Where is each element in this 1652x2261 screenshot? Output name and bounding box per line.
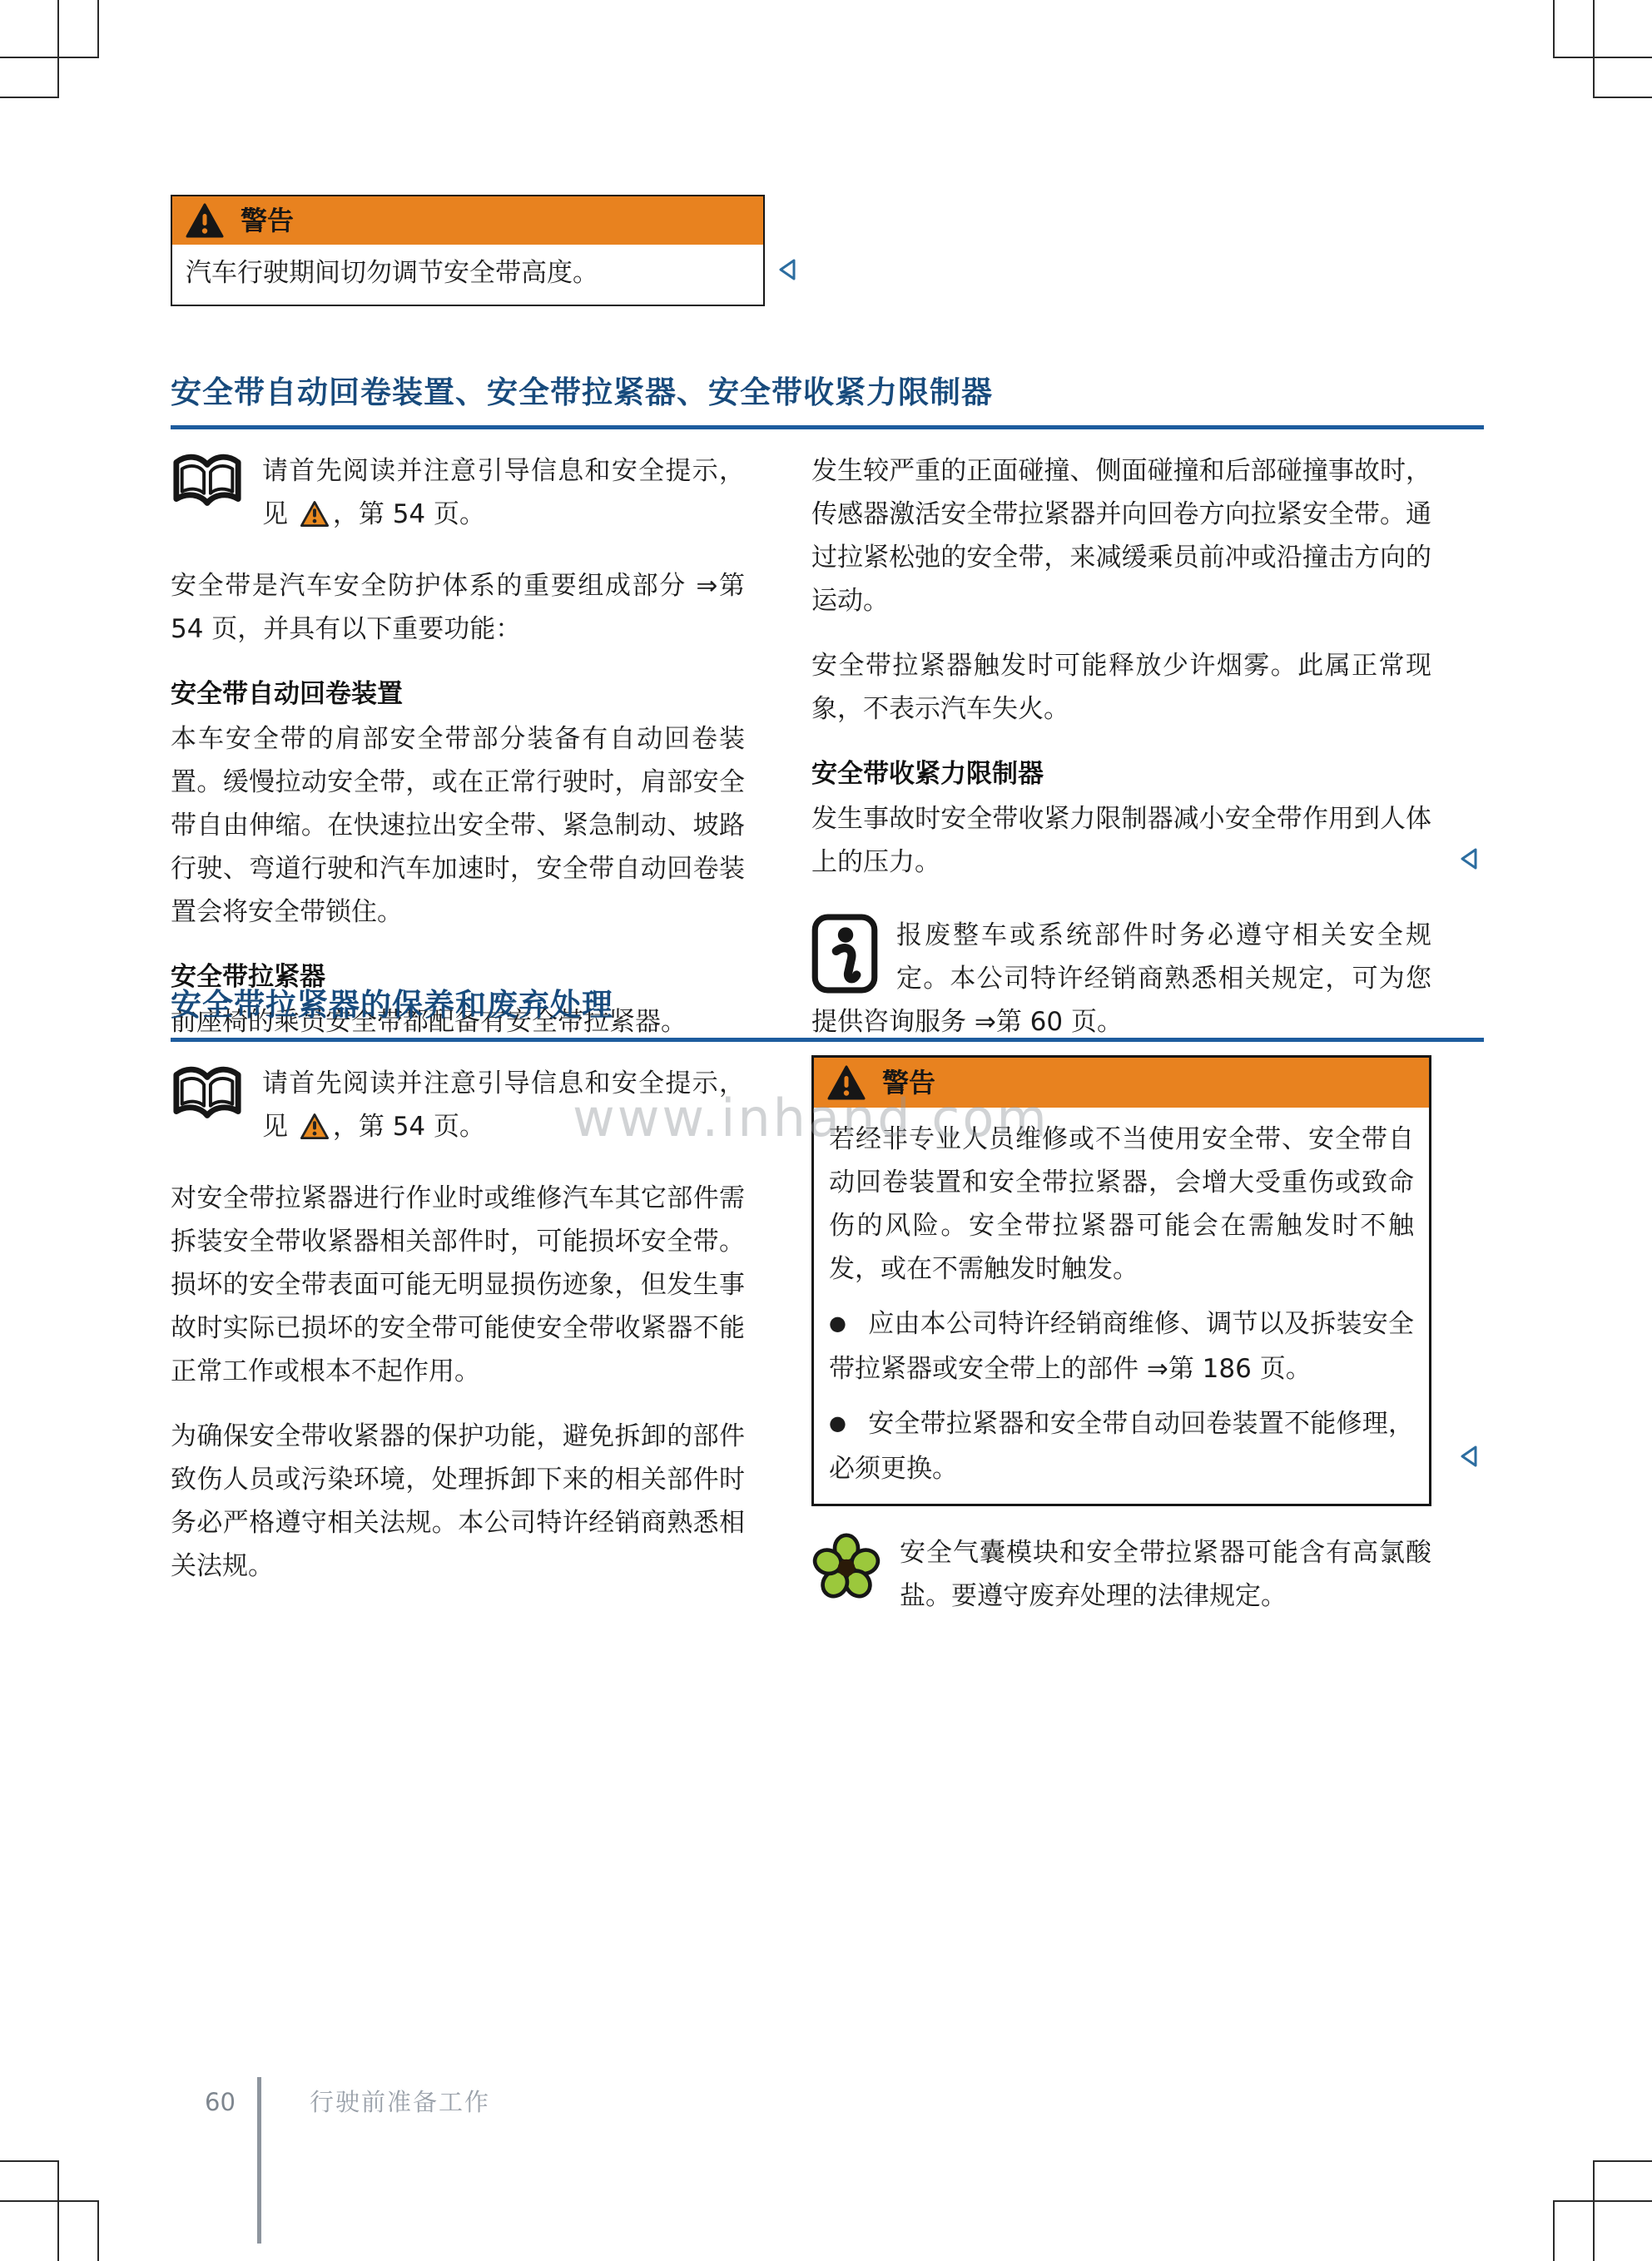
warning-body-text: 若经非专业人员维修或不当使用安全带、安全带自动回卷装置和安全带拉紧器，会增大受重…	[829, 1118, 1414, 1291]
crop-mark	[0, 2160, 59, 2162]
section2-heading: 安全带拉紧器的保养和废弃处理	[171, 984, 613, 1027]
manual-page: 警告 汽车行驶期间切勿调节安全带高度。 安全带自动回卷装置、安全带拉紧器、安全带…	[0, 0, 1652, 2261]
crop-mark	[57, 2160, 59, 2261]
crop-mark	[0, 57, 99, 58]
crop-mark	[97, 0, 99, 57]
section2-right-column: 警告 若经非专业人员维修或不当使用安全带、安全带自动回卷装置和安全带拉紧器，会增…	[811, 1055, 1431, 1646]
warning-bullet: ●应由本公司特许经销商维修、调节以及拆装安全带拉紧器或安全带上的部件 ⇒第 18…	[829, 1302, 1414, 1391]
crop-mark	[1553, 2200, 1652, 2202]
crop-mark	[1553, 57, 1652, 58]
section-end-triangle-icon	[777, 258, 796, 281]
eco-note: 安全气囊模块和安全带拉紧器可能含有高氯酸盐。要遵守废弃处理的法律规定。	[811, 1531, 1431, 1618]
crop-mark	[1553, 2200, 1555, 2261]
book-icon	[171, 449, 244, 516]
info-note-text: 报废整车或系统部件时务必遵守相关安全规定。本公司特许经销商熟悉相关规定，可为您提…	[811, 920, 1431, 1037]
inline-warning-icon	[300, 1113, 330, 1140]
crop-mark	[1593, 2160, 1652, 2162]
warning-box-header: 警告	[172, 196, 763, 245]
bullet-dot-icon: ●	[829, 1411, 846, 1435]
paragraph: 对安全带拉紧器进行作业时或维修汽车其它部件需拆装安全带收紧器相关部件时，可能损坏…	[171, 1177, 745, 1393]
crop-mark	[57, 0, 59, 97]
paragraph: 为确保安全带收紧器的保护功能，避免拆卸的部件致伤人员或污染环境，处理拆卸下来的相…	[171, 1415, 745, 1588]
warning-body-text: 汽车行驶期间切勿调节安全带高度。	[186, 251, 750, 295]
paragraph: 发生较严重的正面碰撞、侧面碰撞和后部碰撞事故时，传感器激活安全带拉紧器并向回卷方…	[811, 449, 1431, 622]
crop-mark	[1593, 97, 1652, 98]
paragraph: 安全带拉紧器触发时可能释放少许烟雾。此属正常现象，不表示汽车失火。	[811, 644, 1431, 731]
warning-box-top: 警告 汽车行驶期间切勿调节安全带高度。	[171, 195, 765, 306]
paragraph: 发生事故时安全带收紧力限制器减小安全带作用到人体上的压力。	[811, 797, 1431, 884]
section1-rule	[171, 425, 1484, 429]
section1-right-column: 发生较严重的正面碰撞、侧面碰撞和后部碰撞事故时，传感器激活安全带拉紧器并向回卷方…	[811, 449, 1431, 1072]
book-icon	[171, 1062, 244, 1128]
read-first-text: ，第 54 页。	[333, 499, 485, 529]
flower-icon	[811, 1531, 881, 1604]
section2-left-column: 请首先阅读并注意引导信息和安全提示，见 ，第 54 页。 对安全带拉紧器进行作业…	[171, 1062, 745, 1609]
info-note: 报废整车或系统部件时务必遵守相关安全规定。本公司特许经销商熟悉相关规定，可为您提…	[811, 914, 1431, 1044]
subheading: 安全带自动回卷装置	[171, 672, 745, 716]
read-first-text: ，第 54 页。	[333, 1112, 485, 1142]
crop-mark	[0, 2200, 99, 2202]
eco-note-text: 安全气囊模块和安全带拉紧器可能含有高氯酸盐。要遵守废弃处理的法律规定。	[900, 1538, 1431, 1611]
warning-title: 警告	[241, 199, 294, 242]
crop-mark	[1553, 0, 1555, 57]
crop-mark	[0, 97, 59, 98]
warning-bullet: ●安全带拉紧器和安全带自动回卷装置不能修理，必须更换。	[829, 1402, 1414, 1490]
section1-heading: 安全带自动回卷装置、安全带拉紧器、安全带收紧力限制器	[171, 371, 993, 414]
warning-box-header: 警告	[814, 1058, 1429, 1108]
section-end-triangle-icon	[1459, 847, 1477, 870]
section2-rule	[171, 1038, 1484, 1042]
read-first-note: 请首先阅读并注意引导信息和安全提示，见 ，第 54 页。	[171, 1062, 745, 1148]
crop-mark	[97, 2200, 99, 2261]
warning-box-maintenance: 警告 若经非专业人员维修或不当使用安全带、安全带自动回卷装置和安全带拉紧器，会增…	[811, 1055, 1431, 1506]
footer-divider	[257, 2077, 261, 2244]
warning-triangle-icon	[827, 1065, 866, 1100]
crop-mark	[1593, 2160, 1595, 2261]
crop-mark	[1593, 0, 1595, 97]
section-end-triangle-icon	[1459, 1445, 1477, 1468]
section1-left-column: 请首先阅读并注意引导信息和安全提示，见 ，第 54 页。 安全带是汽车安全防护体…	[171, 449, 745, 1065]
page-number: 60	[205, 2080, 236, 2124]
read-first-note: 请首先阅读并注意引导信息和安全提示，见 ，第 54 页。	[171, 449, 745, 536]
bullet-dot-icon: ●	[829, 1311, 846, 1335]
warning-title: 警告	[882, 1061, 935, 1104]
paragraph: 安全带是汽车安全防护体系的重要组成部分 ⇒第 54 页，并具有以下重要功能：	[171, 564, 745, 651]
paragraph: 本车安全带的肩部安全带部分装备有自动回卷装置。缓慢拉动安全带，或在正常行驶时，肩…	[171, 717, 745, 934]
subheading: 安全带收紧力限制器	[811, 752, 1431, 796]
inline-warning-icon	[300, 500, 330, 528]
footer-chapter-title: 行驶前准备工作	[310, 2080, 490, 2124]
info-icon	[811, 914, 878, 994]
warning-triangle-icon	[186, 203, 224, 238]
